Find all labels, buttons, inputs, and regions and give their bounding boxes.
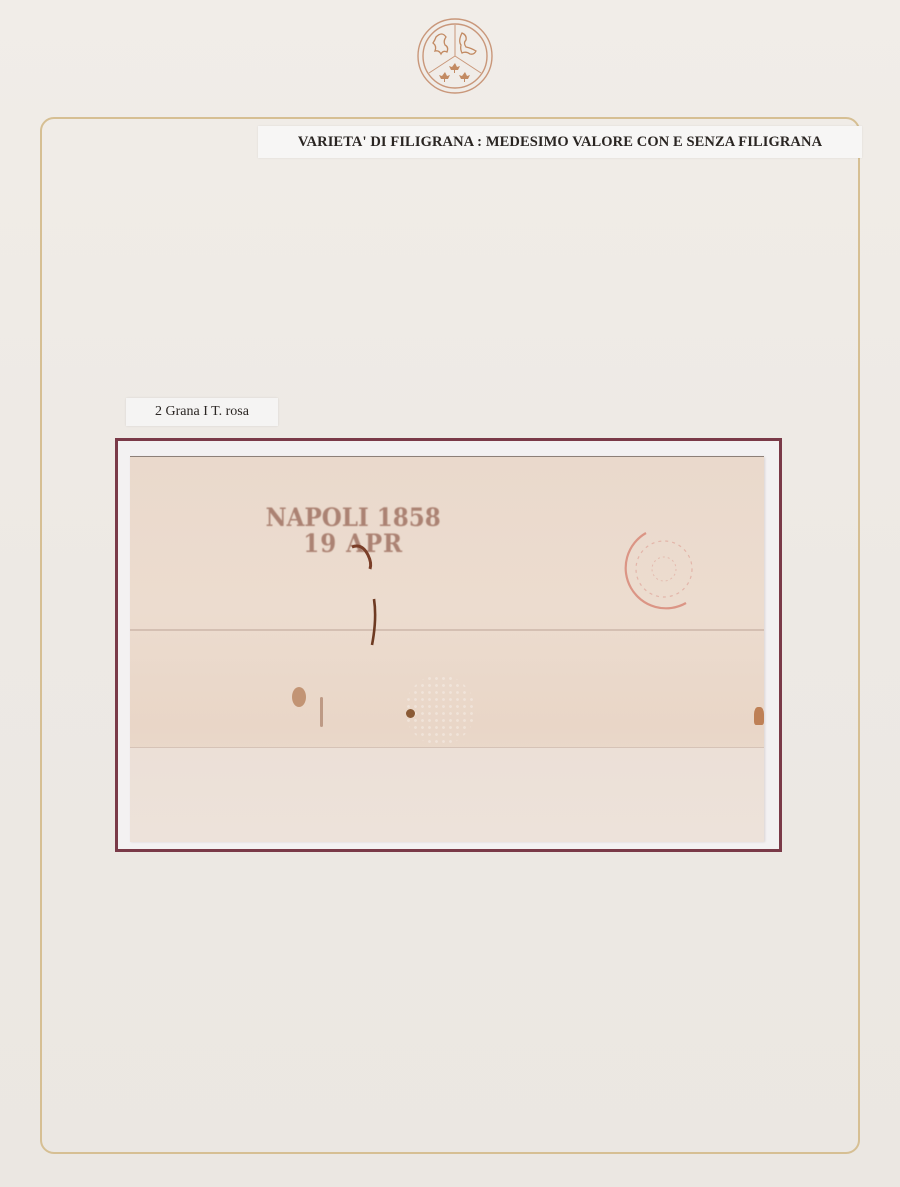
postmark-line-1: NAPOLI 1858 xyxy=(266,505,441,531)
foxing-stain xyxy=(320,697,323,727)
crest-emblem-icon xyxy=(416,17,494,95)
watermark-pattern xyxy=(405,675,475,745)
page-title-label: VARIETA' DI FILIGRANA : MEDESIMO VALORE … xyxy=(258,126,862,158)
cover-flap xyxy=(130,747,764,842)
foxing-stain xyxy=(292,687,306,707)
foxing-stain xyxy=(406,709,415,718)
fold-line xyxy=(130,629,764,631)
postal-cover: NAPOLI 1858 19 APR xyxy=(130,456,764,841)
foxing-stain xyxy=(754,707,764,725)
round-cancel-icon xyxy=(616,523,708,615)
stamp-description-label: 2 Grana I T. rosa xyxy=(126,398,278,426)
ink-stroke-mark xyxy=(348,541,388,651)
